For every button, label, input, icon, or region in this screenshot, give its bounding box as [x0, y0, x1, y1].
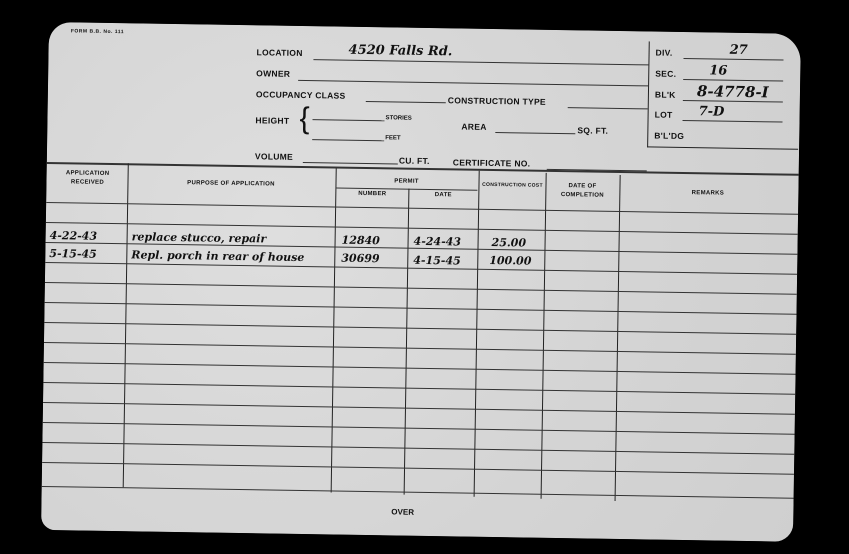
- row-line: [42, 462, 794, 475]
- owner-label: OWNER: [256, 68, 290, 79]
- col-header-purpose: PURPOSE OF APPLICATION: [128, 178, 333, 190]
- area-label: AREA: [461, 121, 486, 131]
- col-header-construction-cost: CONSTRUCTION COST: [479, 181, 545, 191]
- row-line: [45, 302, 797, 315]
- row-1-received: 4-22-43: [50, 229, 98, 243]
- col-divider-1: [123, 163, 129, 487]
- lot-value: 7-D: [699, 104, 725, 119]
- area-unit: SQ. FT.: [577, 125, 608, 135]
- stories-line: [312, 119, 384, 121]
- feet-line: [312, 139, 384, 141]
- row-2-cost: 100.00: [489, 254, 531, 268]
- col-divider-3: [404, 189, 410, 495]
- col-header-permit-date: DATE: [408, 191, 478, 201]
- occupancy-class-line: [366, 101, 446, 103]
- row-line: [43, 402, 795, 415]
- sec-label: SEC.: [655, 69, 676, 79]
- row-2-permit-date: 4-15-45: [413, 254, 461, 268]
- certificate-no-label: CERTIFICATE NO.: [453, 157, 531, 168]
- area-line: [495, 132, 575, 134]
- form-number: FORM B.B. No. 111: [71, 28, 124, 35]
- volume-label: VOLUME: [255, 151, 293, 162]
- col-divider-2: [331, 169, 337, 493]
- row-line: [45, 282, 797, 295]
- col-divider-6: [615, 175, 621, 501]
- row-line: [46, 202, 798, 215]
- row-1-purpose: replace stucco, repair: [132, 230, 267, 245]
- table-bottom-line: [42, 486, 794, 499]
- lot-line: [683, 120, 783, 123]
- row-line: [43, 382, 795, 395]
- sec-line: [683, 79, 783, 82]
- stories-label: STORIES: [385, 115, 411, 121]
- row-line: [44, 342, 796, 355]
- over-footer: OVER: [391, 507, 414, 516]
- blk-label: BL'K: [655, 90, 676, 100]
- occupancy-class-label: OCCUPANCY CLASS: [256, 89, 346, 100]
- col-header-application-received: APPLICATION RECEIVED: [48, 169, 126, 188]
- sec-value: 16: [709, 63, 727, 78]
- row-line: [42, 442, 794, 455]
- col-header-remarks: REMARKS: [620, 188, 795, 200]
- permit-record-card: FORM B.B. No. 111 LOCATION 4520 Falls Rd…: [41, 22, 801, 542]
- div-value: 27: [730, 43, 748, 58]
- row-2-permit-number: 30699: [341, 252, 379, 266]
- location-value: 4520 Falls Rd.: [348, 43, 452, 60]
- row-line: [44, 362, 796, 375]
- construction-type-line: [568, 107, 648, 109]
- row-1-permit-date: 4-24-43: [413, 235, 461, 249]
- bldg-label: B'L'DG: [654, 131, 684, 141]
- lot-label: LOT: [655, 110, 673, 120]
- col-header-permit: PERMIT: [336, 177, 476, 188]
- blk-value: 8-4778-I: [697, 82, 769, 101]
- height-label: HEIGHT: [255, 115, 289, 126]
- div-line: [683, 58, 783, 61]
- div-label: DIV.: [656, 48, 673, 58]
- volume-unit: CU. FT.: [399, 156, 430, 166]
- feet-label: FEET: [385, 135, 400, 141]
- row-2-received: 5-15-45: [49, 247, 97, 261]
- row-1-cost: 25.00: [491, 236, 526, 250]
- location-label: LOCATION: [256, 47, 302, 58]
- lot-info-box: DIV. 27 SEC. 16 BL'K 8-4778-I LOT 7-D B'…: [647, 41, 800, 149]
- col-header-permit-number: NUMBER: [336, 190, 408, 200]
- construction-type-label: CONSTRUCTION TYPE: [448, 95, 546, 107]
- owner-line: [298, 80, 648, 86]
- row-1-permit-number: 12840: [342, 234, 380, 248]
- volume-line: [303, 162, 398, 164]
- height-brace: {: [299, 104, 310, 134]
- row-line: [44, 322, 796, 335]
- row-2-purpose: Repl. porch in rear of house: [131, 248, 304, 264]
- row-line: [43, 422, 795, 435]
- col-header-date-of-completion: DATE OF COMPLETION: [546, 182, 618, 201]
- location-line: [313, 59, 648, 65]
